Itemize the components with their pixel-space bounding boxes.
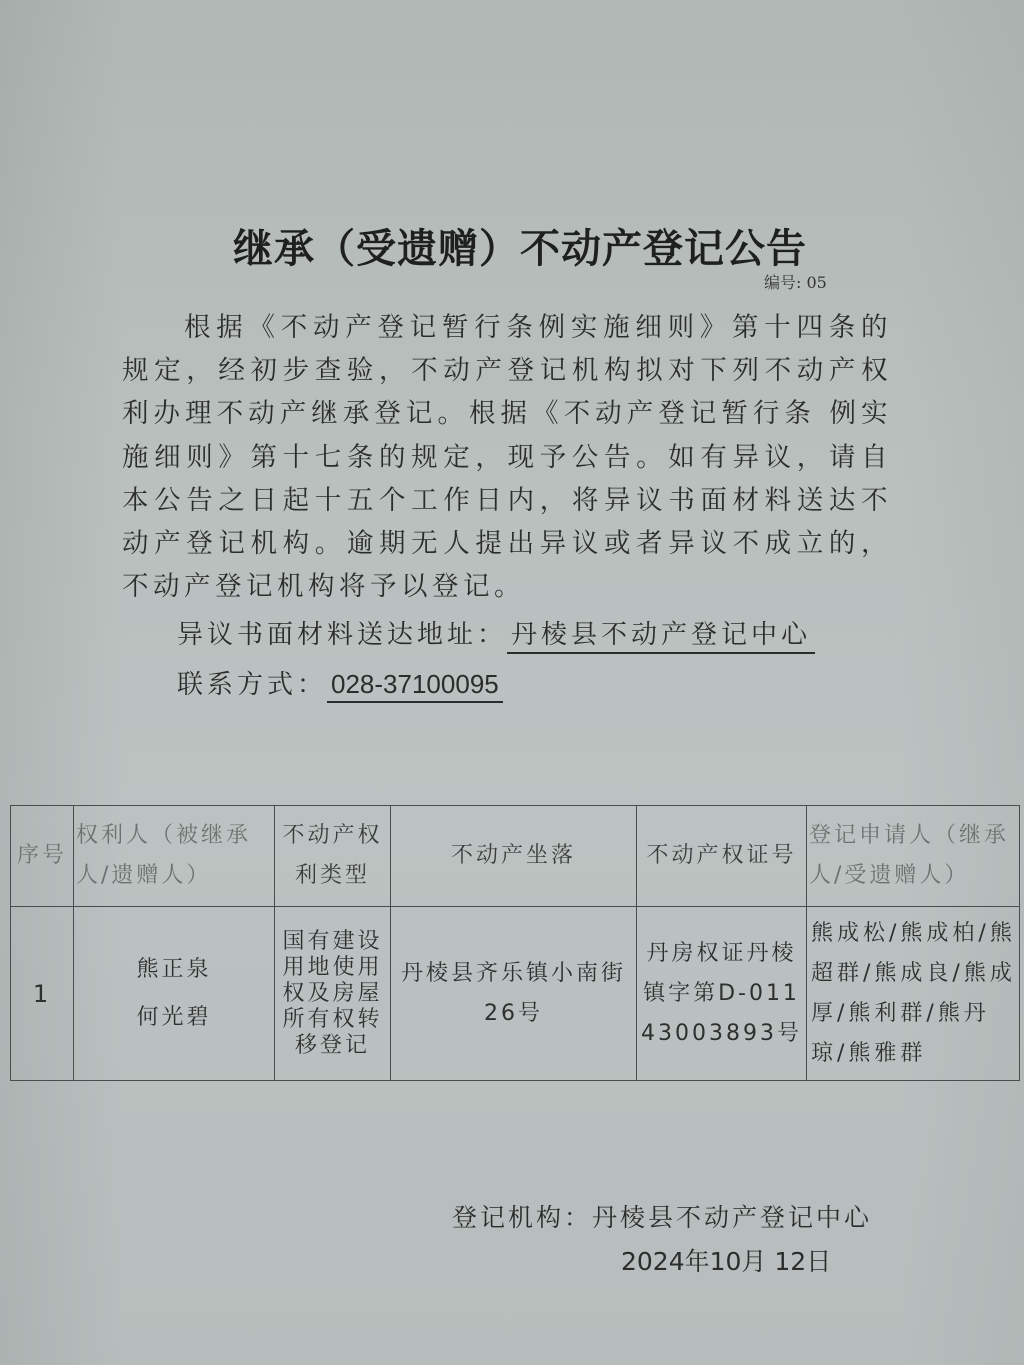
table-header-row: 序号 权利人（被继承人/遗赠人） 不动产权利类型 不动产坐落 不动产权证号 登记… (11, 806, 1020, 907)
reference-number: 编号: 05 (764, 270, 827, 293)
cell-location: 丹棱县齐乐镇小南街26号 (391, 907, 637, 1081)
notice-title: 继承（受遗赠）不动产登记公告 (0, 217, 1024, 274)
contact-phone: 028-37100095 (327, 669, 503, 703)
right-holder-name: 熊正泉 (76, 946, 272, 994)
header-certificate-no: 不动产权证号 (637, 806, 807, 907)
contact-label: 联系方式： (177, 670, 327, 700)
registry-label: 登记机构： (452, 1203, 592, 1232)
cell-right-type: 国有建设用地使用权及房屋所有权转移登记 (275, 907, 391, 1081)
reference-value: 05 (807, 273, 827, 292)
cell-applicants: 熊成松/熊成柏/熊超群/熊成良/熊成厚/熊利群/熊丹琼/熊雅群 (807, 907, 1020, 1081)
contact-line: 联系方式：028-37100095 (177, 664, 503, 701)
header-applicant: 登记申请人（继承人/受遗赠人） (807, 806, 1020, 907)
notice-body-paragraph: 根据《不动产登记暂行条例实施细则》第十四条的规定，经初步查验，不动产登记机构拟对… (122, 306, 892, 608)
objection-address-line: 异议书面材料送达地址：丹棱县不动产登记中心 (177, 614, 815, 651)
reference-label: 编号: (764, 273, 801, 292)
header-right-type: 不动产权利类型 (275, 806, 391, 907)
paper-background (0, 0, 1024, 1365)
header-location: 不动产坐落 (391, 806, 637, 907)
registry-signature: 登记机构：丹棱县不动产登记中心 (452, 1198, 872, 1234)
header-right-holder: 权利人（被继承人/遗赠人） (74, 806, 275, 907)
objection-address-value: 丹棱县不动产登记中心 (507, 620, 815, 654)
cell-right-holders: 熊正泉 何光碧 (74, 907, 275, 1081)
table-row: 1 熊正泉 何光碧 国有建设用地使用权及房屋所有权转移登记 丹棱县齐乐镇小南街2… (11, 907, 1020, 1081)
cell-certificate-no: 丹房权证丹棱镇字第D-01143003893号 (637, 907, 807, 1081)
objection-address-label: 异议书面材料送达地址： (177, 620, 507, 650)
registration-table: 序号 权利人（被继承人/遗赠人） 不动产权利类型 不动产坐落 不动产权证号 登记… (10, 805, 1020, 1081)
registry-name: 丹棱县不动产登记中心 (592, 1203, 872, 1232)
right-holder-name: 何光碧 (76, 994, 272, 1042)
header-seq: 序号 (11, 806, 74, 907)
cell-seq: 1 (11, 907, 74, 1081)
notice-date: 2024年10月 12日 (621, 1242, 831, 1278)
